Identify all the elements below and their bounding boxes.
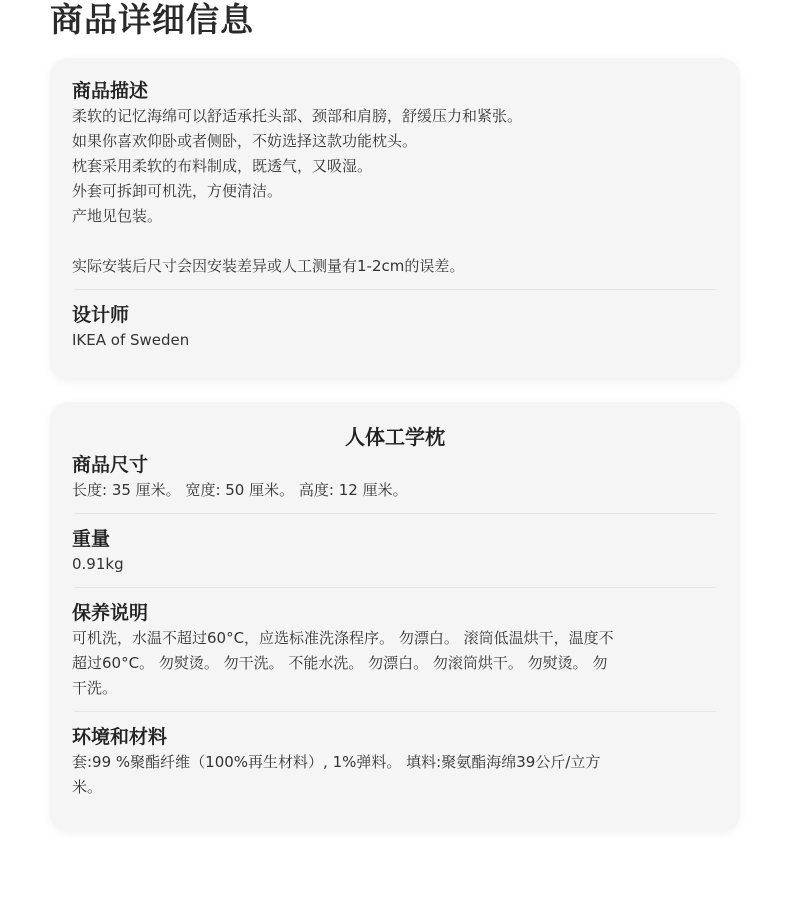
weight-title: 重量: [72, 526, 718, 552]
care-line: 可机洗，水温不超过60°C，应选标准洗涤程序。 勿漂白。 滚筒低温烘干，温度不: [72, 626, 718, 651]
description-line: 枕套采用柔软的布料制成，既透气，又吸湿。: [72, 154, 718, 179]
product-heading: 人体工学枕: [72, 402, 718, 452]
product-card: 人体工学枕 商品尺寸 长度: 35 厘米。 宽度: 50 厘米。 高度: 12 …: [50, 402, 740, 832]
weight-value: 0.91kg: [72, 552, 718, 577]
description-line: 外套可拆卸可机洗，方便清洁。: [72, 179, 718, 204]
designer-title: 设计师: [72, 302, 718, 328]
care-line: 超过60°C。 勿熨烫。 勿干洗。 不能水洗。 勿漂白。 勿滚筒烘干。 勿熨烫。…: [72, 651, 718, 676]
materials-line: 套:99 %聚酯纤维（100%再生材料）, 1%弹料。 填料:聚氨酯海绵39公斤…: [72, 750, 718, 775]
description-card: 商品描述 柔软的记忆海绵可以舒适承托头部、颈部和肩膀，舒缓压力和紧张。 如果你喜…: [50, 58, 740, 380]
description-section: 商品描述 柔软的记忆海绵可以舒适承托头部、颈部和肩膀，舒缓压力和紧张。 如果你喜…: [72, 58, 718, 279]
page-title: 商品详细信息: [50, 0, 254, 40]
description-line: 产地见包装。: [72, 204, 718, 229]
weight-section: 重量 0.91kg: [72, 514, 718, 577]
care-title: 保养说明: [72, 600, 718, 626]
care-line: 干洗。: [72, 676, 718, 701]
designer-section: 设计师 IKEA of Sweden: [72, 290, 718, 353]
description-line: 实际安装后尺寸会因安装差异或人工测量有1-2cm的误差。: [72, 254, 718, 279]
materials-line: 米。: [72, 775, 718, 800]
materials-title: 环境和材料: [72, 724, 718, 750]
dimensions-section: 商品尺寸 长度: 35 厘米。 宽度: 50 厘米。 高度: 12 厘米。: [72, 452, 718, 503]
description-title: 商品描述: [72, 78, 718, 104]
blank-line: [72, 229, 718, 254]
description-line: 如果你喜欢仰卧或者侧卧，不妨选择这款功能枕头。: [72, 129, 718, 154]
dimensions-title: 商品尺寸: [72, 452, 718, 478]
dimensions-value: 长度: 35 厘米。 宽度: 50 厘米。 高度: 12 厘米。: [72, 478, 718, 503]
care-section: 保养说明 可机洗，水温不超过60°C，应选标准洗涤程序。 勿漂白。 滚筒低温烘干…: [72, 588, 718, 701]
designer-value: IKEA of Sweden: [72, 328, 718, 353]
description-line: 柔软的记忆海绵可以舒适承托头部、颈部和肩膀，舒缓压力和紧张。: [72, 104, 718, 129]
materials-section: 环境和材料 套:99 %聚酯纤维（100%再生材料）, 1%弹料。 填料:聚氨酯…: [72, 712, 718, 800]
